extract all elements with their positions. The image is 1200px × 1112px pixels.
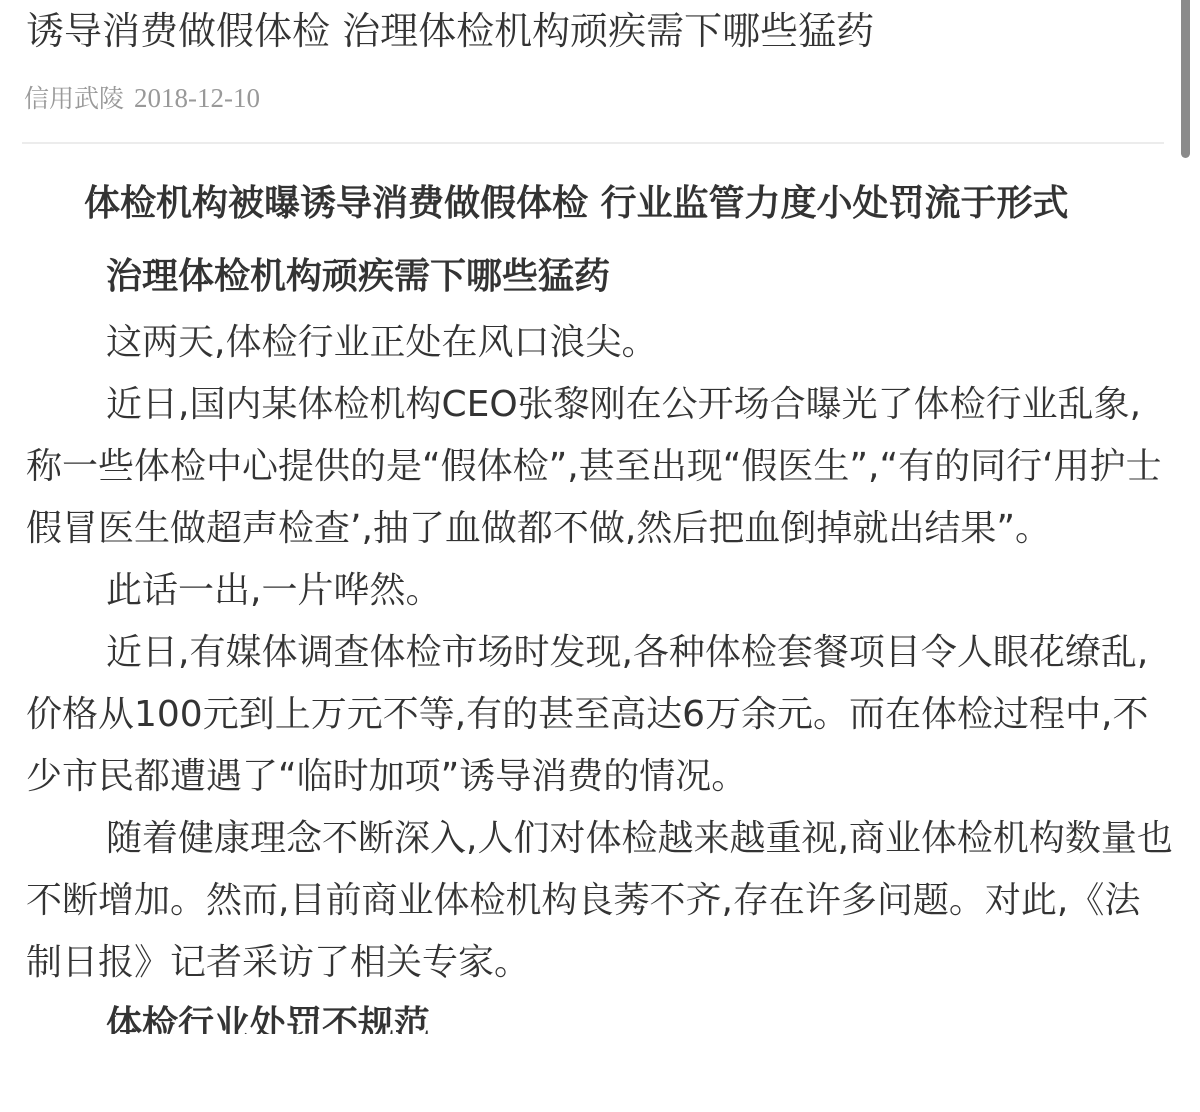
article-title: 诱导消费做假体检 治理体检机构顽疾需下哪些猛药 [26,2,874,60]
scrollbar-thumb[interactable] [1181,0,1190,158]
paragraph: 随着健康理念不断深入,人们对体检越来越重视,商业体检机构数量也不断增加。然而,目… [26,808,1176,994]
paragraph: 这两天,体检行业正处在风口浪尖。 [26,312,1176,374]
subheadline-2: 治理体检机构顽疾需下哪些猛药 [26,246,1176,308]
article-body: 体检机构被曝诱导消费做假体检 行业监管力度小处罚流于形式 治理体检机构顽疾需下哪… [26,170,1176,1034]
vertical-scrollbar[interactable] [1176,0,1200,1112]
paragraph: 近日,国内某体检机构CEO张黎刚在公开场合曝光了体检行业乱象,称一些体检中心提供… [26,374,1176,560]
section-heading-cut-off: 体检行业处罚不规范 [26,994,1176,1034]
article-page: 诱导消费做假体检 治理体检机构顽疾需下哪些猛药 信用武陵2018-12-10 体… [0,0,1176,1112]
paragraph: 此话一出,一片哗然。 [26,560,1176,622]
article-meta: 信用武陵2018-12-10 [24,78,260,119]
subheadline-1: 体检机构被曝诱导消费做假体检 行业监管力度小处罚流于形式 [26,170,1176,238]
header-divider [22,142,1164,144]
article-source[interactable]: 信用武陵 [24,84,124,113]
paragraph: 近日,有媒体调查体检市场时发现,各种体检套餐项目令人眼花缭乱,价格从100元到上… [26,622,1176,808]
article-date: 2018-12-10 [134,83,260,113]
